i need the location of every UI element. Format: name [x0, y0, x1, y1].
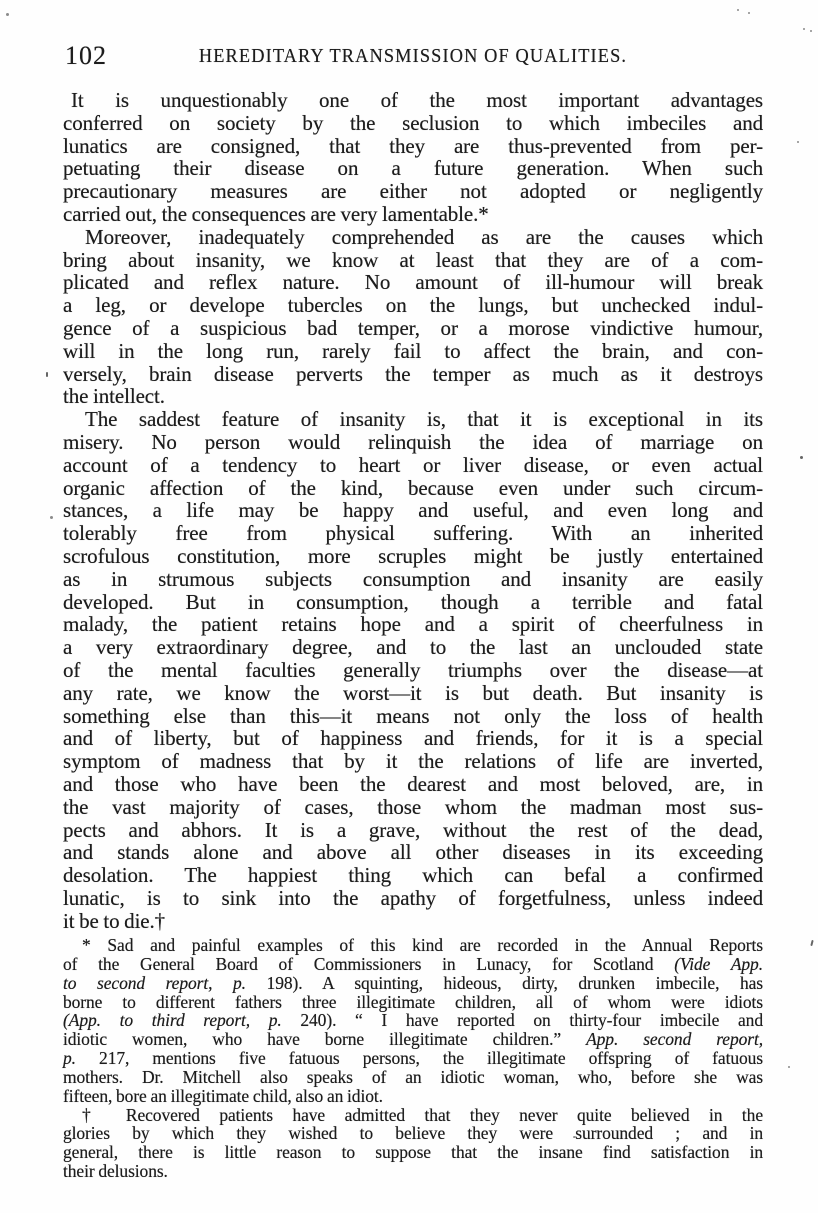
scan-speck [50, 516, 53, 519]
text-line: stances, a life may be happy and useful,… [63, 499, 763, 522]
text-line: gence of a suspicious bad temper, or a m… [63, 317, 763, 340]
scan-speck [800, 456, 803, 459]
text-line: will in the long run, rarely fail to aff… [63, 340, 763, 363]
text-line: † Recovered patients have admitted that … [63, 1106, 763, 1125]
text-line: organic affection of the kind, because e… [63, 477, 763, 500]
scan-speck [810, 940, 813, 946]
text-line: Moreover, inadequately comprehended as a… [63, 226, 763, 249]
scan-speck [797, 141, 799, 143]
text-line: developed. But in consumption, though a … [63, 591, 763, 614]
text-line: The saddest feature of insanity is, that… [63, 408, 763, 431]
text-line: account of a tendency to heart or liver … [63, 454, 763, 477]
scan-speck [748, 12, 750, 14]
scan-speck [803, 28, 805, 30]
text-line: malady, the patient retains hope and a s… [63, 613, 763, 636]
text-line: general, there is little reason to suppo… [63, 1143, 763, 1162]
text-line: symptom of madness that by it the relati… [63, 750, 763, 773]
text-line: borne to different fathers three illegit… [63, 993, 763, 1012]
text-line: a leg, or develope tubercles on the lung… [63, 294, 763, 317]
text-line: any rate, we know the worst—it is but de… [63, 682, 763, 705]
text-line: of the mental faculties generally triump… [63, 659, 763, 682]
paragraph: The saddest feature of insanity is, that… [63, 408, 763, 932]
text-line: pects and abhors. It is a grave, without… [63, 819, 763, 842]
text-line: bring about insanity, we know at least t… [63, 249, 763, 272]
text-line: fifteen, bore an illegitimate child, als… [63, 1087, 763, 1106]
text-line: conferred on society by the seclusion to… [63, 112, 763, 135]
page-header: 102 HEREDITARY TRANSMISSION OF QUALITIES… [63, 44, 763, 74]
text-line: tolerably free from physical suffering. … [63, 522, 763, 545]
text-line: It is unquestionably one of the most imp… [63, 89, 763, 112]
text-line: mothers. Dr. Mitchell also speaks of an … [63, 1068, 763, 1087]
text-line: to second report, p. 198). A squinting, … [63, 974, 763, 993]
text-line: a very extraordinary degree, and to the … [63, 636, 763, 659]
scan-speck [573, 1136, 576, 1138]
text-line: glories by which they wished to believe … [63, 1124, 763, 1143]
text-line: the vast majority of cases, those whom t… [63, 796, 763, 819]
text-line: the intellect. [63, 385, 763, 408]
text-line: it be to die.† [63, 910, 763, 933]
text-line: something else than this—it means not on… [63, 705, 763, 728]
scan-speck [6, 13, 9, 16]
text-line: petuating their disease on a future gene… [63, 157, 763, 180]
text-line: desolation. The happiest thing which can… [63, 864, 763, 887]
running-header: HEREDITARY TRANSMISSION OF QUALITIES. [84, 46, 742, 68]
text-line: misery. No person would relinquish the i… [63, 431, 763, 454]
text-line: scrofulous constitution, more scruples m… [63, 545, 763, 568]
text-line: lunatics are consigned, that they are th… [63, 135, 763, 158]
text-line: (App. to third report, p. 240). “ I have… [63, 1011, 763, 1030]
text-line: as in strumous subjects consumption and … [63, 568, 763, 591]
text-line: precautionary measures are either not ad… [63, 180, 763, 203]
text-line: of the General Board of Commissioners in… [63, 955, 763, 974]
text-line: versely, brain disease perverts the temp… [63, 363, 763, 386]
scan-speck [46, 372, 48, 377]
scan-speck [737, 9, 739, 11]
scan-speck [788, 1066, 790, 1068]
footnote: † Recovered patients have admitted that … [63, 1106, 763, 1181]
text-line: and stands alone and above all other dis… [63, 841, 763, 864]
text-line: * Sad and painful examples of this kind … [63, 936, 763, 955]
text-line: idiotic women, who have borne illegitima… [63, 1030, 763, 1049]
text-line: lunatic, is to sink into the apathy of f… [63, 887, 763, 910]
text-line: and those who have been the dearest and … [63, 773, 763, 796]
text-line: p. 217, mentions five fatuous persons, t… [63, 1049, 763, 1068]
text-line: plicated and reflex nature. No amount of… [63, 271, 763, 294]
book-page: 102 HEREDITARY TRANSMISSION OF QUALITIES… [0, 0, 818, 1213]
footnote: * Sad and painful examples of this kind … [63, 936, 763, 1106]
paragraph: Moreover, inadequately comprehended as a… [63, 226, 763, 408]
paragraph: It is unquestionably one of the most imp… [63, 89, 763, 226]
text-line: their delusions. [63, 1162, 763, 1181]
footnote-section: * Sad and painful examples of this kind … [63, 936, 763, 1181]
body-text: It is unquestionably one of the most imp… [63, 89, 763, 932]
text-line: and of liberty, but of happiness and fri… [63, 727, 763, 750]
scan-speck [810, 30, 812, 32]
text-line: carried out, the consequences are very l… [63, 203, 763, 226]
